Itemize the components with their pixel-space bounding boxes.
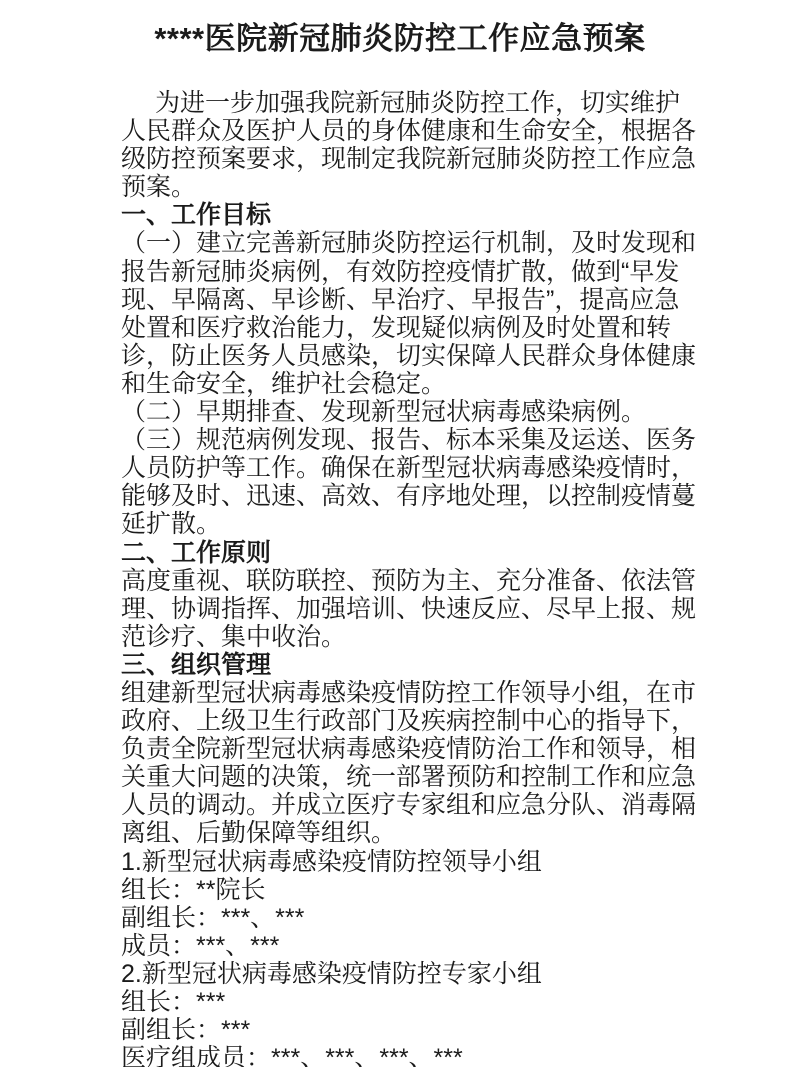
document-line-27: 离组、后勤保障等组织。 [121, 819, 760, 847]
document-line-3: 级防控预案要求，现制定我院新冠肺炎防控工作应急 [121, 145, 760, 173]
document-line-14: 人员防护等工作。确保在新型冠状病毒感染疫情时， [121, 454, 760, 482]
document-line-30: 副组长：***、*** [121, 904, 760, 932]
document-line-18: 高度重视、联防联控、预防为主、充分准备、依法管 [121, 567, 760, 595]
document-line-35: 医疗组成员：***、***、***、*** [121, 1044, 760, 1067]
document-line-28: 1.新型冠状病毒感染疫情防控领导小组 [121, 848, 760, 876]
document-line-9: 处置和医疗救治能力，发现疑似病例及时处置和转 [121, 314, 760, 342]
document-line-2: 人民群众及医护人员的身体健康和生命安全，根据各 [121, 117, 760, 145]
document-line-23: 政府、上级卫生行政部门及疾病控制中心的指导下， [121, 707, 760, 735]
document-line-20: 范诊疗、集中收治。 [121, 623, 760, 651]
document-line-29: 组长：**院长 [121, 876, 760, 904]
document-line-8: 现、早隔离、早诊断、早治疗、早报告”，提高应急 [121, 286, 760, 314]
document-line-1: 为进一步加强我院新冠肺炎防控工作，切实维护 [121, 89, 760, 117]
document-page: ****医院新冠肺炎防控工作应急预案 为进一步加强我院新冠肺炎防控工作，切实维护… [0, 0, 800, 1067]
document-line-11: 和生命安全，维护社会稳定。 [121, 370, 760, 398]
document-line-32: 2.新型冠状病毒感染疫情防控专家小组 [121, 960, 760, 988]
document-line-33: 组长：*** [121, 988, 760, 1016]
document-line-26: 人员的调动。并成立医疗专家组和应急分队、消毒隔 [121, 791, 760, 819]
document-line-12: （二）早期排查、发现新型冠状病毒感染病例。 [121, 398, 760, 426]
document-line-34: 副组长：*** [121, 1016, 760, 1044]
document-title: ****医院新冠肺炎防控工作应急预案 [0, 0, 800, 56]
document-line-10: 诊，防止医务人员感染，切实保障人民群众身体健康 [121, 342, 760, 370]
document-line-5: 一、工作目标 [121, 201, 760, 229]
document-line-25: 关重大问题的决策，统一部署预防和控制工作和应急 [121, 763, 760, 791]
document-line-15: 能够及时、迅速、高效、有序地处理，以控制疫情蔓 [121, 482, 760, 510]
document-body: 为进一步加强我院新冠肺炎防控工作，切实维护人民群众及医护人员的身体健康和生命安全… [0, 56, 800, 1067]
document-line-7: 报告新冠肺炎病例，有效防控疫情扩散，做到“早发 [121, 258, 760, 286]
document-line-24: 负责全院新型冠状病毒感染疫情防治工作和领导，相 [121, 735, 760, 763]
document-line-13: （三）规范病例发现、报告、标本采集及运送、医务 [121, 426, 760, 454]
document-line-19: 理、协调指挥、加强培训、快速反应、尽早上报、规 [121, 595, 760, 623]
document-line-16: 延扩散。 [121, 510, 760, 538]
document-line-31: 成员：***、*** [121, 932, 760, 960]
document-line-22: 组建新型冠状病毒感染疫情防控工作领导小组，在市 [121, 679, 760, 707]
document-line-6: （一）建立完善新冠肺炎防控运行机制，及时发现和 [121, 229, 760, 257]
document-line-4: 预案。 [121, 173, 760, 201]
document-line-21: 三、组织管理 [121, 651, 760, 679]
document-line-17: 二、工作原则 [121, 539, 760, 567]
